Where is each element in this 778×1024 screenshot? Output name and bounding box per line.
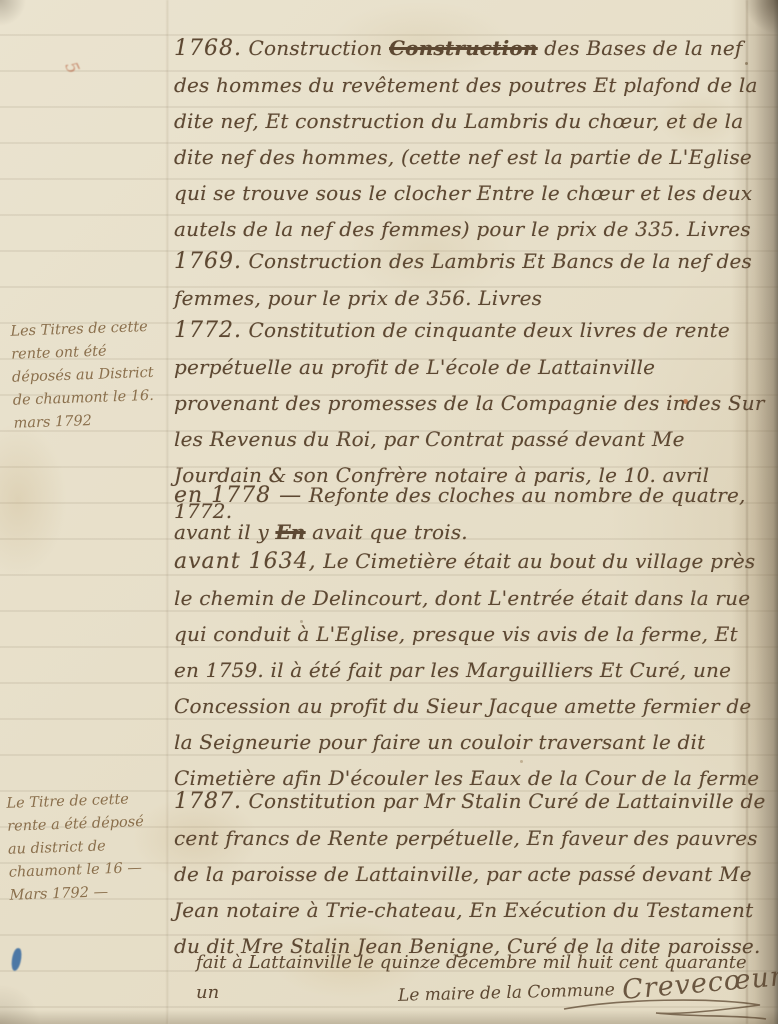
- entry-text: Le Cimetière était au bout du village pr…: [174, 549, 759, 790]
- entry-year: 1787.: [174, 789, 242, 814]
- manuscript-entry-1768: 1768. Construction Construction des Base…: [174, 30, 766, 247]
- red-ink-mark: 5: [60, 59, 83, 77]
- margin-note-1792-second: Le Titre de cette rente a été déposé au …: [6, 787, 168, 907]
- entry-text: avait que trois.: [306, 520, 468, 544]
- manuscript-entry-1634: avant 1634, Le Cimetière était au bout d…: [174, 543, 766, 796]
- blue-ink-blot: [10, 947, 22, 971]
- entry-year: en 1778 —: [174, 483, 302, 508]
- struck-word: En: [275, 520, 305, 544]
- manuscript-entry-1778: en 1778 — Refonte des cloches au nombre …: [174, 477, 766, 550]
- signature-flourish-icon: [560, 995, 770, 1023]
- entry-year: 1768.: [174, 36, 242, 61]
- manuscript-page: 5 Les Titres de cette rente ont été dépo…: [0, 0, 778, 1024]
- entry-year: 1772.: [174, 318, 242, 343]
- entry-year: 1769.: [174, 249, 242, 274]
- entry-text: Constitution par Mr Stalin Curé de Latta…: [174, 789, 766, 958]
- entry-text: Construction: [242, 36, 389, 60]
- entry-text: Construction des Lambris Et Bancs de la …: [174, 249, 752, 310]
- entry-year: avant 1634,: [174, 549, 317, 574]
- manuscript-entry-1769: 1769. Construction des Lambris Et Bancs …: [174, 243, 766, 316]
- struck-word: Construction: [389, 36, 538, 60]
- margin-note-1792-first: Les Titres de cette rente ont été déposé…: [10, 315, 172, 435]
- entry-text: des Bases de la nef des hommes du revête…: [174, 36, 758, 241]
- manuscript-entry-1787: 1787. Constitution par Mr Stalin Curé de…: [174, 783, 766, 964]
